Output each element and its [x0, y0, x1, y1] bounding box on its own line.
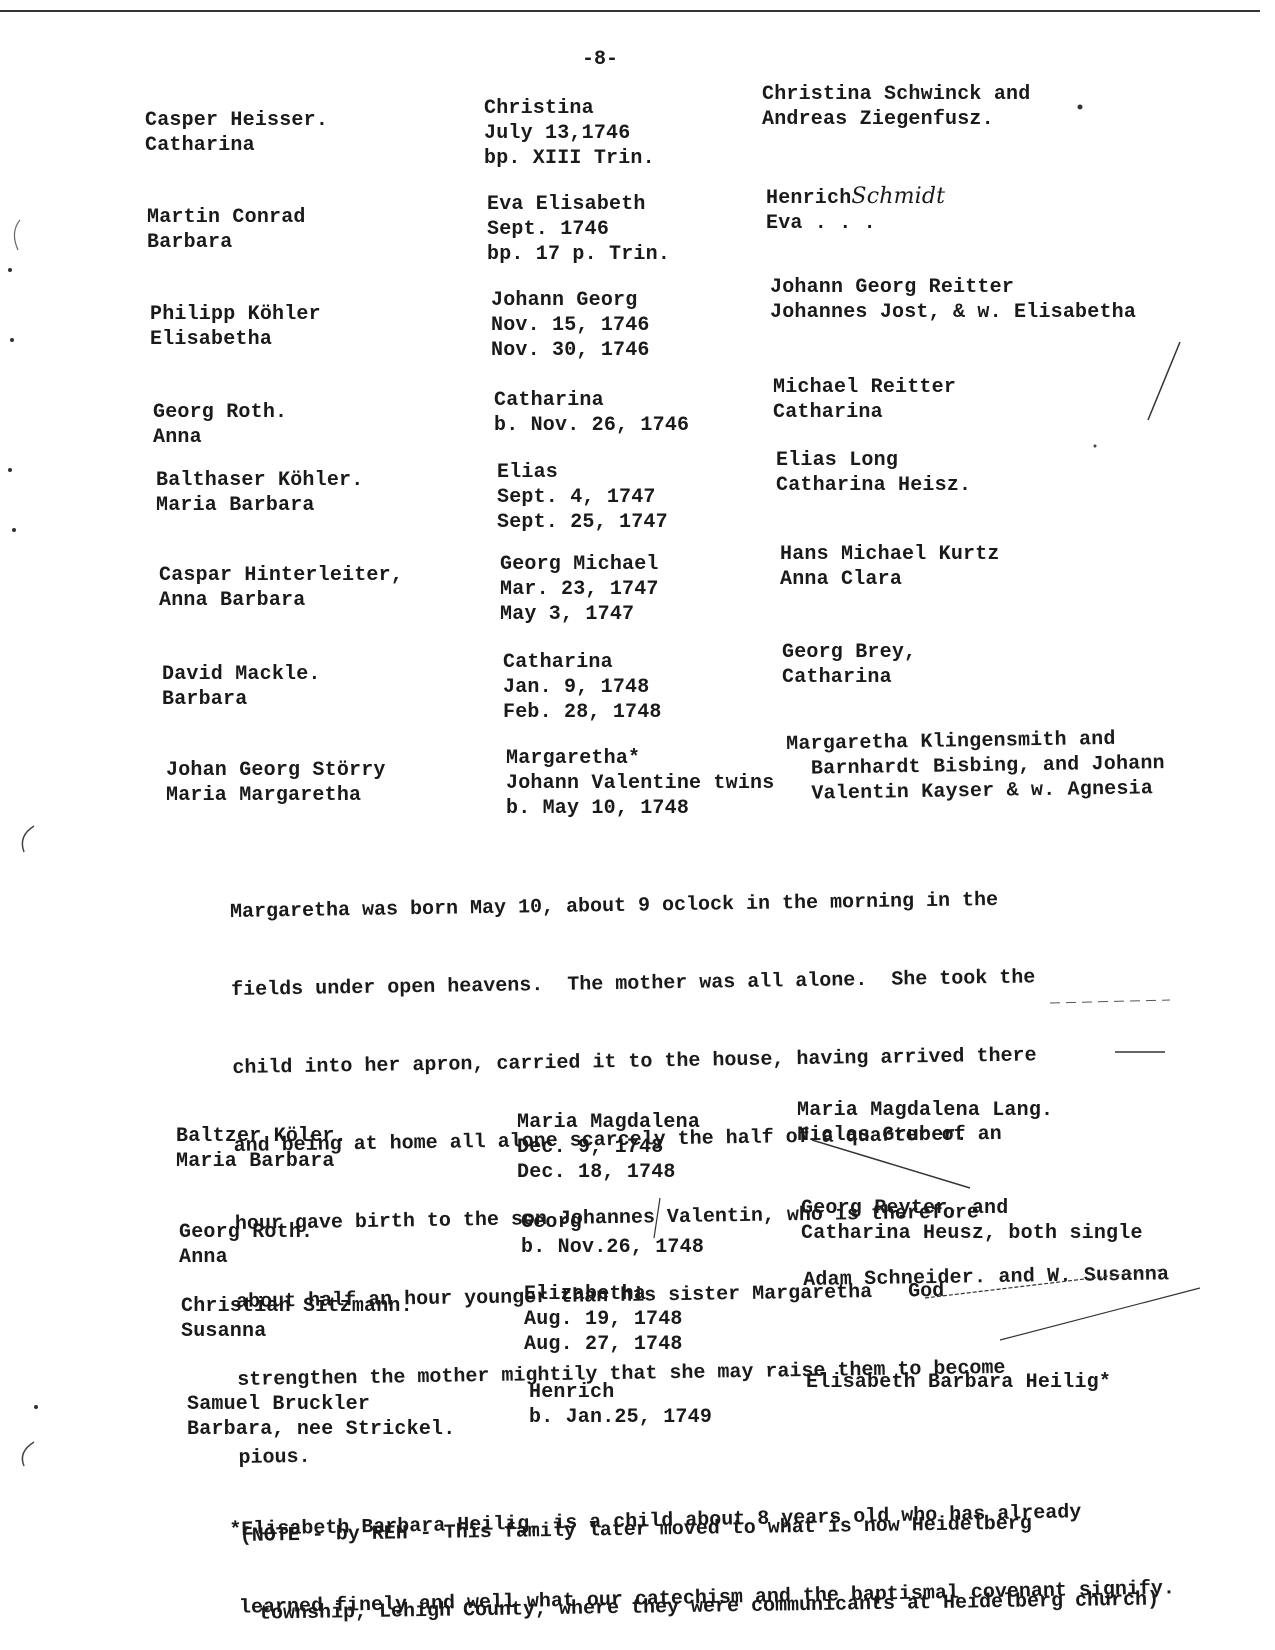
- page-top-border: [0, 10, 1260, 12]
- footnote: *Elisabeth Barbara Heilig, is a child ab…: [228, 1446, 1176, 1648]
- parents: Baltzer Köler.Maria Barbara: [176, 1124, 347, 1174]
- child-and-dates: ElizabethaAug. 19, 1748Aug. 27, 1748: [524, 1282, 683, 1357]
- child-and-dates: Henrichb. Jan.25, 1749: [529, 1380, 712, 1430]
- sponsors: Elias LongCatharina Heisz.: [776, 448, 971, 498]
- parents: Georg Roth.Anna: [179, 1220, 313, 1270]
- parents: Christian Sitzmann.Susanna: [181, 1294, 413, 1344]
- handwritten-annotation: Schmidt: [851, 184, 945, 209]
- parents: Samuel BrucklerBarbara, nee Strickel.: [187, 1392, 455, 1442]
- sponsors: Hans Michael KurtzAnna Clara: [780, 542, 1000, 592]
- sponsors: Georg Brey,Catharina: [782, 640, 916, 690]
- sponsors: Michael ReitterCatharina: [773, 375, 956, 425]
- page-number: -8-: [582, 48, 618, 71]
- child-and-dates: Catharinab. Nov. 26, 1746: [494, 388, 689, 438]
- child-and-dates: Georg MichaelMar. 23, 1747May 3, 1747: [500, 552, 659, 627]
- sponsors: HenrichSchmidtEva . . .: [766, 184, 945, 236]
- punch-hole-mark: [22, 826, 34, 852]
- child-and-dates: Johann GeorgNov. 15, 1746Nov. 30, 1746: [491, 288, 650, 363]
- child-and-dates: CatharinaJan. 9, 1748Feb. 28, 1748: [503, 650, 662, 725]
- parents: Balthaser Köhler.Maria Barbara: [156, 468, 363, 518]
- punch-hole-mark: [22, 1442, 34, 1466]
- child-and-dates: Eva ElisabethSept. 1746bp. 17 p. Trin.: [487, 192, 670, 267]
- parents: Johan Georg StörryMaria Margaretha: [166, 758, 386, 808]
- pen-stroke: [1148, 342, 1180, 420]
- punch-hole-mark: [14, 220, 20, 250]
- sponsors: Johann Georg ReitterJohannes Jost, & w. …: [770, 275, 1136, 325]
- parents: Georg Roth.Anna: [153, 400, 287, 450]
- parents: Philipp KöhlerElisabetha: [150, 302, 321, 352]
- sponsors: Christina Schwinck andAndreas Ziegenfusz…: [762, 82, 1030, 132]
- parents: Caspar Hinterleiter,Anna Barbara: [159, 563, 403, 613]
- sponsors: Georg Reyter, andCatharina Heusz, both s…: [801, 1196, 1143, 1246]
- sponsors: Maria Magdalena Lang.Niclas Gruber.: [797, 1098, 1053, 1148]
- parents: David Mackle.Barbara: [162, 662, 321, 712]
- child-and-dates: Georgb. Nov.26, 1748: [521, 1210, 704, 1260]
- parents: Martin ConradBarbara: [147, 205, 306, 255]
- parents: Casper Heisser.Catharina: [145, 108, 328, 158]
- child-and-dates: Margaretha*Johann Valentine twinsb. May …: [506, 746, 774, 821]
- sponsors: Elisabeth Barbara Heilig*: [806, 1370, 1111, 1395]
- child-and-dates: ChristinaJuly 13,1746bp. XIII Trin.: [484, 96, 655, 171]
- child-and-dates: Maria MagdalenaDec. 9, 1748Dec. 18, 1748: [517, 1110, 700, 1185]
- sponsors: Margaretha Klingensmith and Barnhardt Bi…: [786, 726, 1165, 807]
- child-and-dates: EliasSept. 4, 1747Sept. 25, 1747: [497, 460, 668, 535]
